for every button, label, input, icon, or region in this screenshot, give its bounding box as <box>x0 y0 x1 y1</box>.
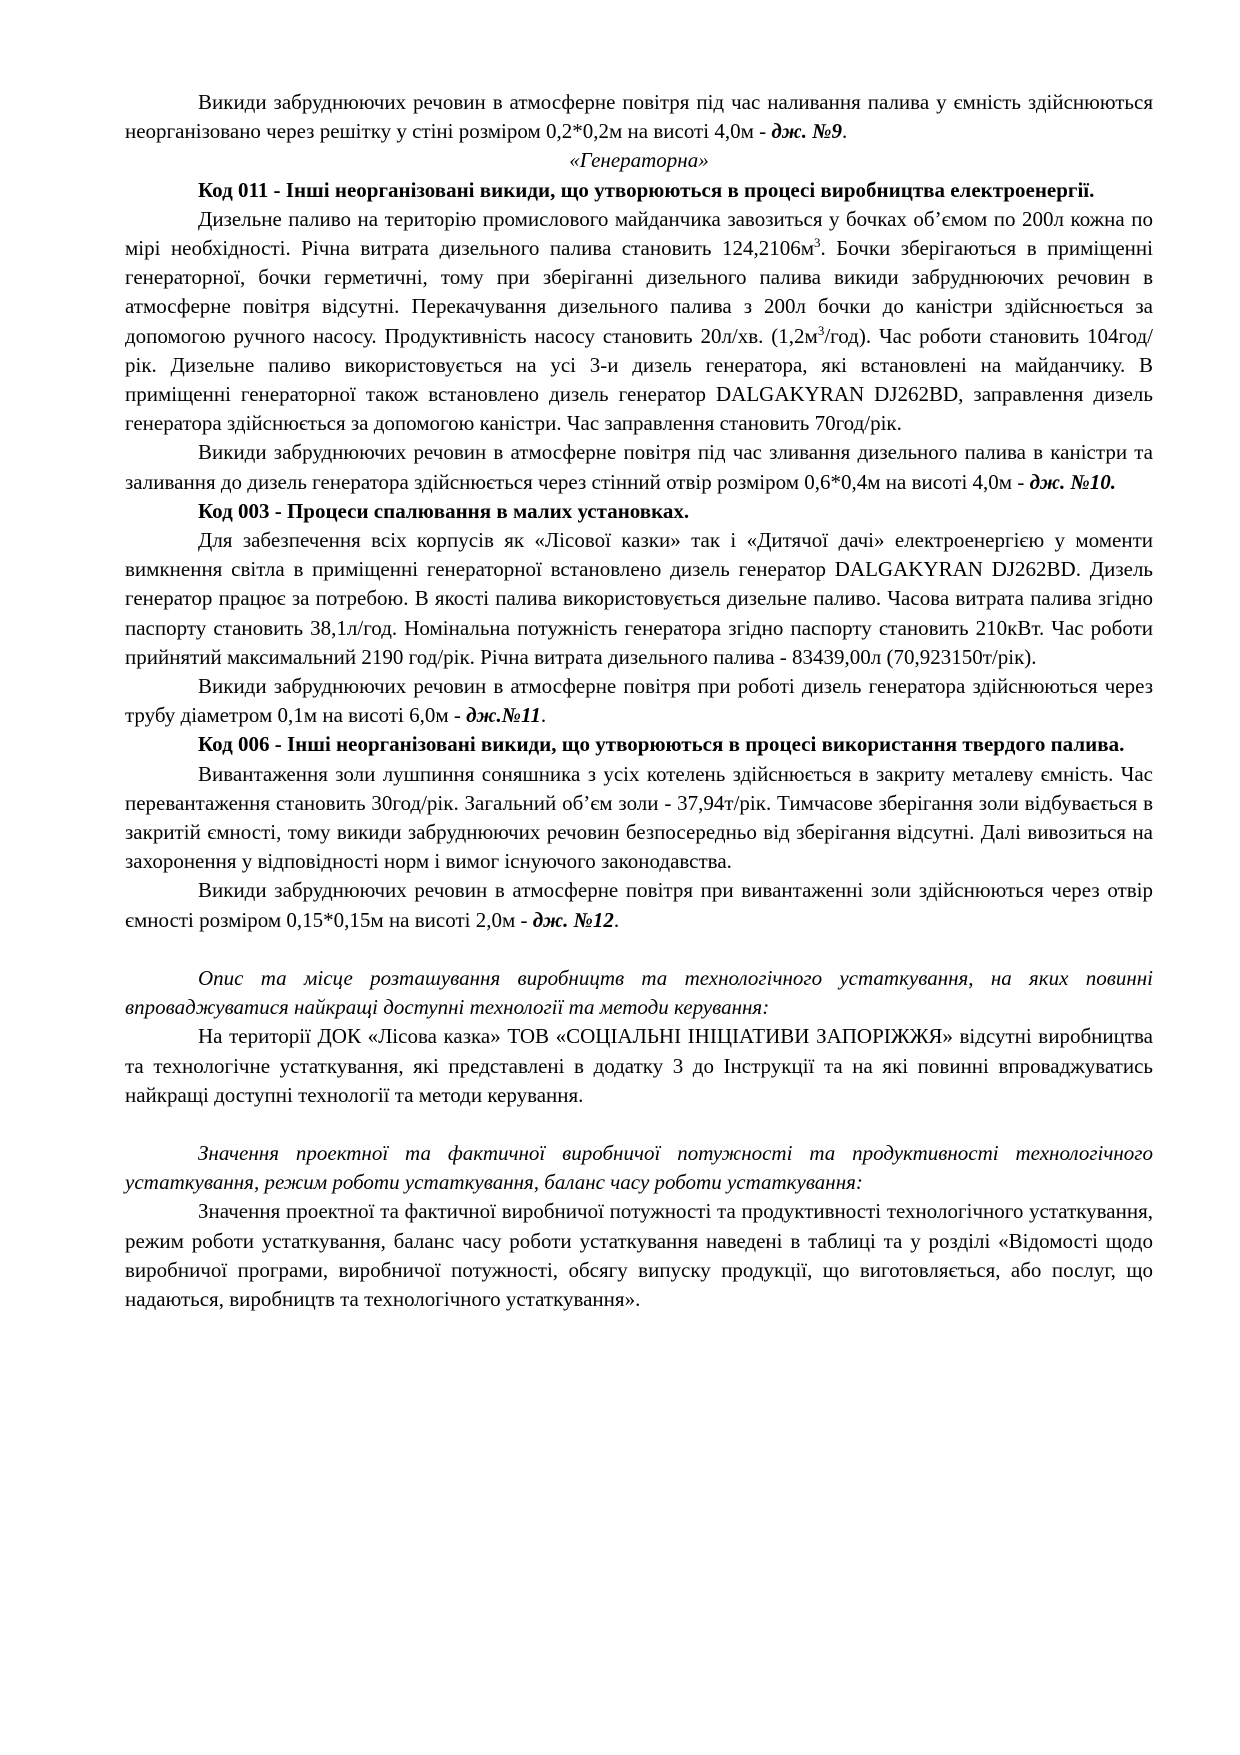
paragraph-text: Викиди забруднюючих речовин в атмосферне… <box>125 440 1153 493</box>
heading-code-003: Код 003 - Процеси спалювання в малих уст… <box>125 497 1153 526</box>
document-page: Викиди забруднюючих речовин в атмосферне… <box>125 88 1153 1314</box>
spacer <box>125 1110 1153 1139</box>
heading-production-capacity: Значення проектної та фактичної виробнич… <box>125 1139 1153 1197</box>
paragraph-ash-unloading: Вивантаження золи лушпиння соняшника з у… <box>125 760 1153 877</box>
heading-code-006: Код 006 - Інші неорганізовані викиди, що… <box>125 730 1153 759</box>
paragraph-generator-emissions: Викиди забруднюючих речовин в атмосферне… <box>125 672 1153 730</box>
heading-code-011: Код 011 - Інші неорганізовані викиди, що… <box>125 176 1153 205</box>
punctuation: . <box>541 703 546 727</box>
source-ref-9: дж. №9 <box>771 119 842 143</box>
paragraph-text: Викиди забруднюючих речовин в атмосферне… <box>125 878 1153 931</box>
paragraph-diesel-storage: Дизельне паливо на територію промисловог… <box>125 205 1153 439</box>
paragraph-text: Викиди забруднюючих речовин в атмосферне… <box>125 90 1153 143</box>
paragraph-diesel-generator: Для забезпечення всіх корпусів як «Лісов… <box>125 526 1153 672</box>
punctuation: . <box>842 119 847 143</box>
punctuation: . <box>614 908 619 932</box>
paragraph-text: Викиди забруднюючих речовин в атмосферне… <box>125 674 1153 727</box>
source-ref-11: дж.№11 <box>466 703 541 727</box>
section-title-generator-room: «Генераторна» <box>125 146 1153 175</box>
paragraph-production-capacity: Значення проектної та фактичної виробнич… <box>125 1197 1153 1314</box>
source-ref-12: дж. №12 <box>533 908 614 932</box>
spacer <box>125 935 1153 964</box>
paragraph-best-available-techniques: На території ДОК «Лісова казка» ТОВ «СОЦ… <box>125 1022 1153 1110</box>
paragraph-ash-emissions: Викиди забруднюючих речовин в атмосферне… <box>125 876 1153 934</box>
heading-best-available-techniques: Опис та місце розташування виробництв та… <box>125 964 1153 1022</box>
paragraph-diesel-transfer-emissions: Викиди забруднюючих речовин в атмосферне… <box>125 438 1153 496</box>
source-ref-10: дж. №10. <box>1030 470 1116 494</box>
paragraph-fuel-filling-emissions: Викиди забруднюючих речовин в атмосферне… <box>125 88 1153 146</box>
